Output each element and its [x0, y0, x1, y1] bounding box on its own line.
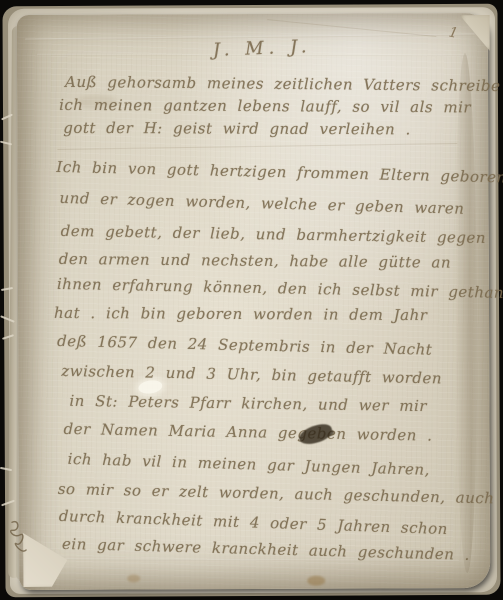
text-line: dem gebett, der lieb, und barmhertzigkei…	[61, 222, 487, 247]
manuscript-photo: J. M. J. 1 Auß gehorsamb meines zeitlich…	[0, 0, 503, 600]
manuscript-page: J. M. J. 1 Auß gehorsamb meines zeitlich…	[17, 13, 491, 590]
text-line: gott der H: geist wird gnad verleihen .	[63, 119, 411, 139]
invocation-header: J. M. J.	[213, 36, 312, 61]
text-line: zwischen 2 und 3 Uhr, bin getaufft worde…	[61, 362, 442, 388]
text-line: ich hab vil in meinen gar Jungen Jahren,	[67, 450, 430, 479]
text-line: Auß gehorsamb meines zeitlichen Vatters …	[65, 73, 501, 95]
text-line: ihnen erfahrung können, den ich selbst m…	[57, 275, 503, 302]
paper-crease	[57, 143, 457, 150]
text-line: hat . ich bin geboren worden in dem Jahr	[54, 304, 428, 324]
page-number: 1	[447, 24, 459, 41]
stain	[307, 576, 325, 586]
text-line: den armen und nechsten, habe alle gütte …	[59, 250, 451, 272]
text-line: deß 1657 den 24 Septembris in der Nacht	[57, 332, 433, 359]
text-line: der Namen Maria Anna gegeben worden .	[63, 420, 432, 445]
text-line: so mir so er zelt worden, auch geschunde…	[58, 480, 495, 508]
text-line: Ich bin von gott hertzigen frommen Elter…	[56, 158, 503, 187]
stain	[127, 574, 140, 582]
text-line: und er zogen worden, welche er geben war…	[59, 189, 464, 218]
text-line: in St: Peters Pfarr kirchen, und wer mir	[69, 392, 427, 415]
text-line: ich meinen gantzen lebens lauff, so vil …	[59, 96, 471, 117]
text-line: durch kranckheit mit 4 oder 5 Jahren sch…	[59, 507, 449, 538]
